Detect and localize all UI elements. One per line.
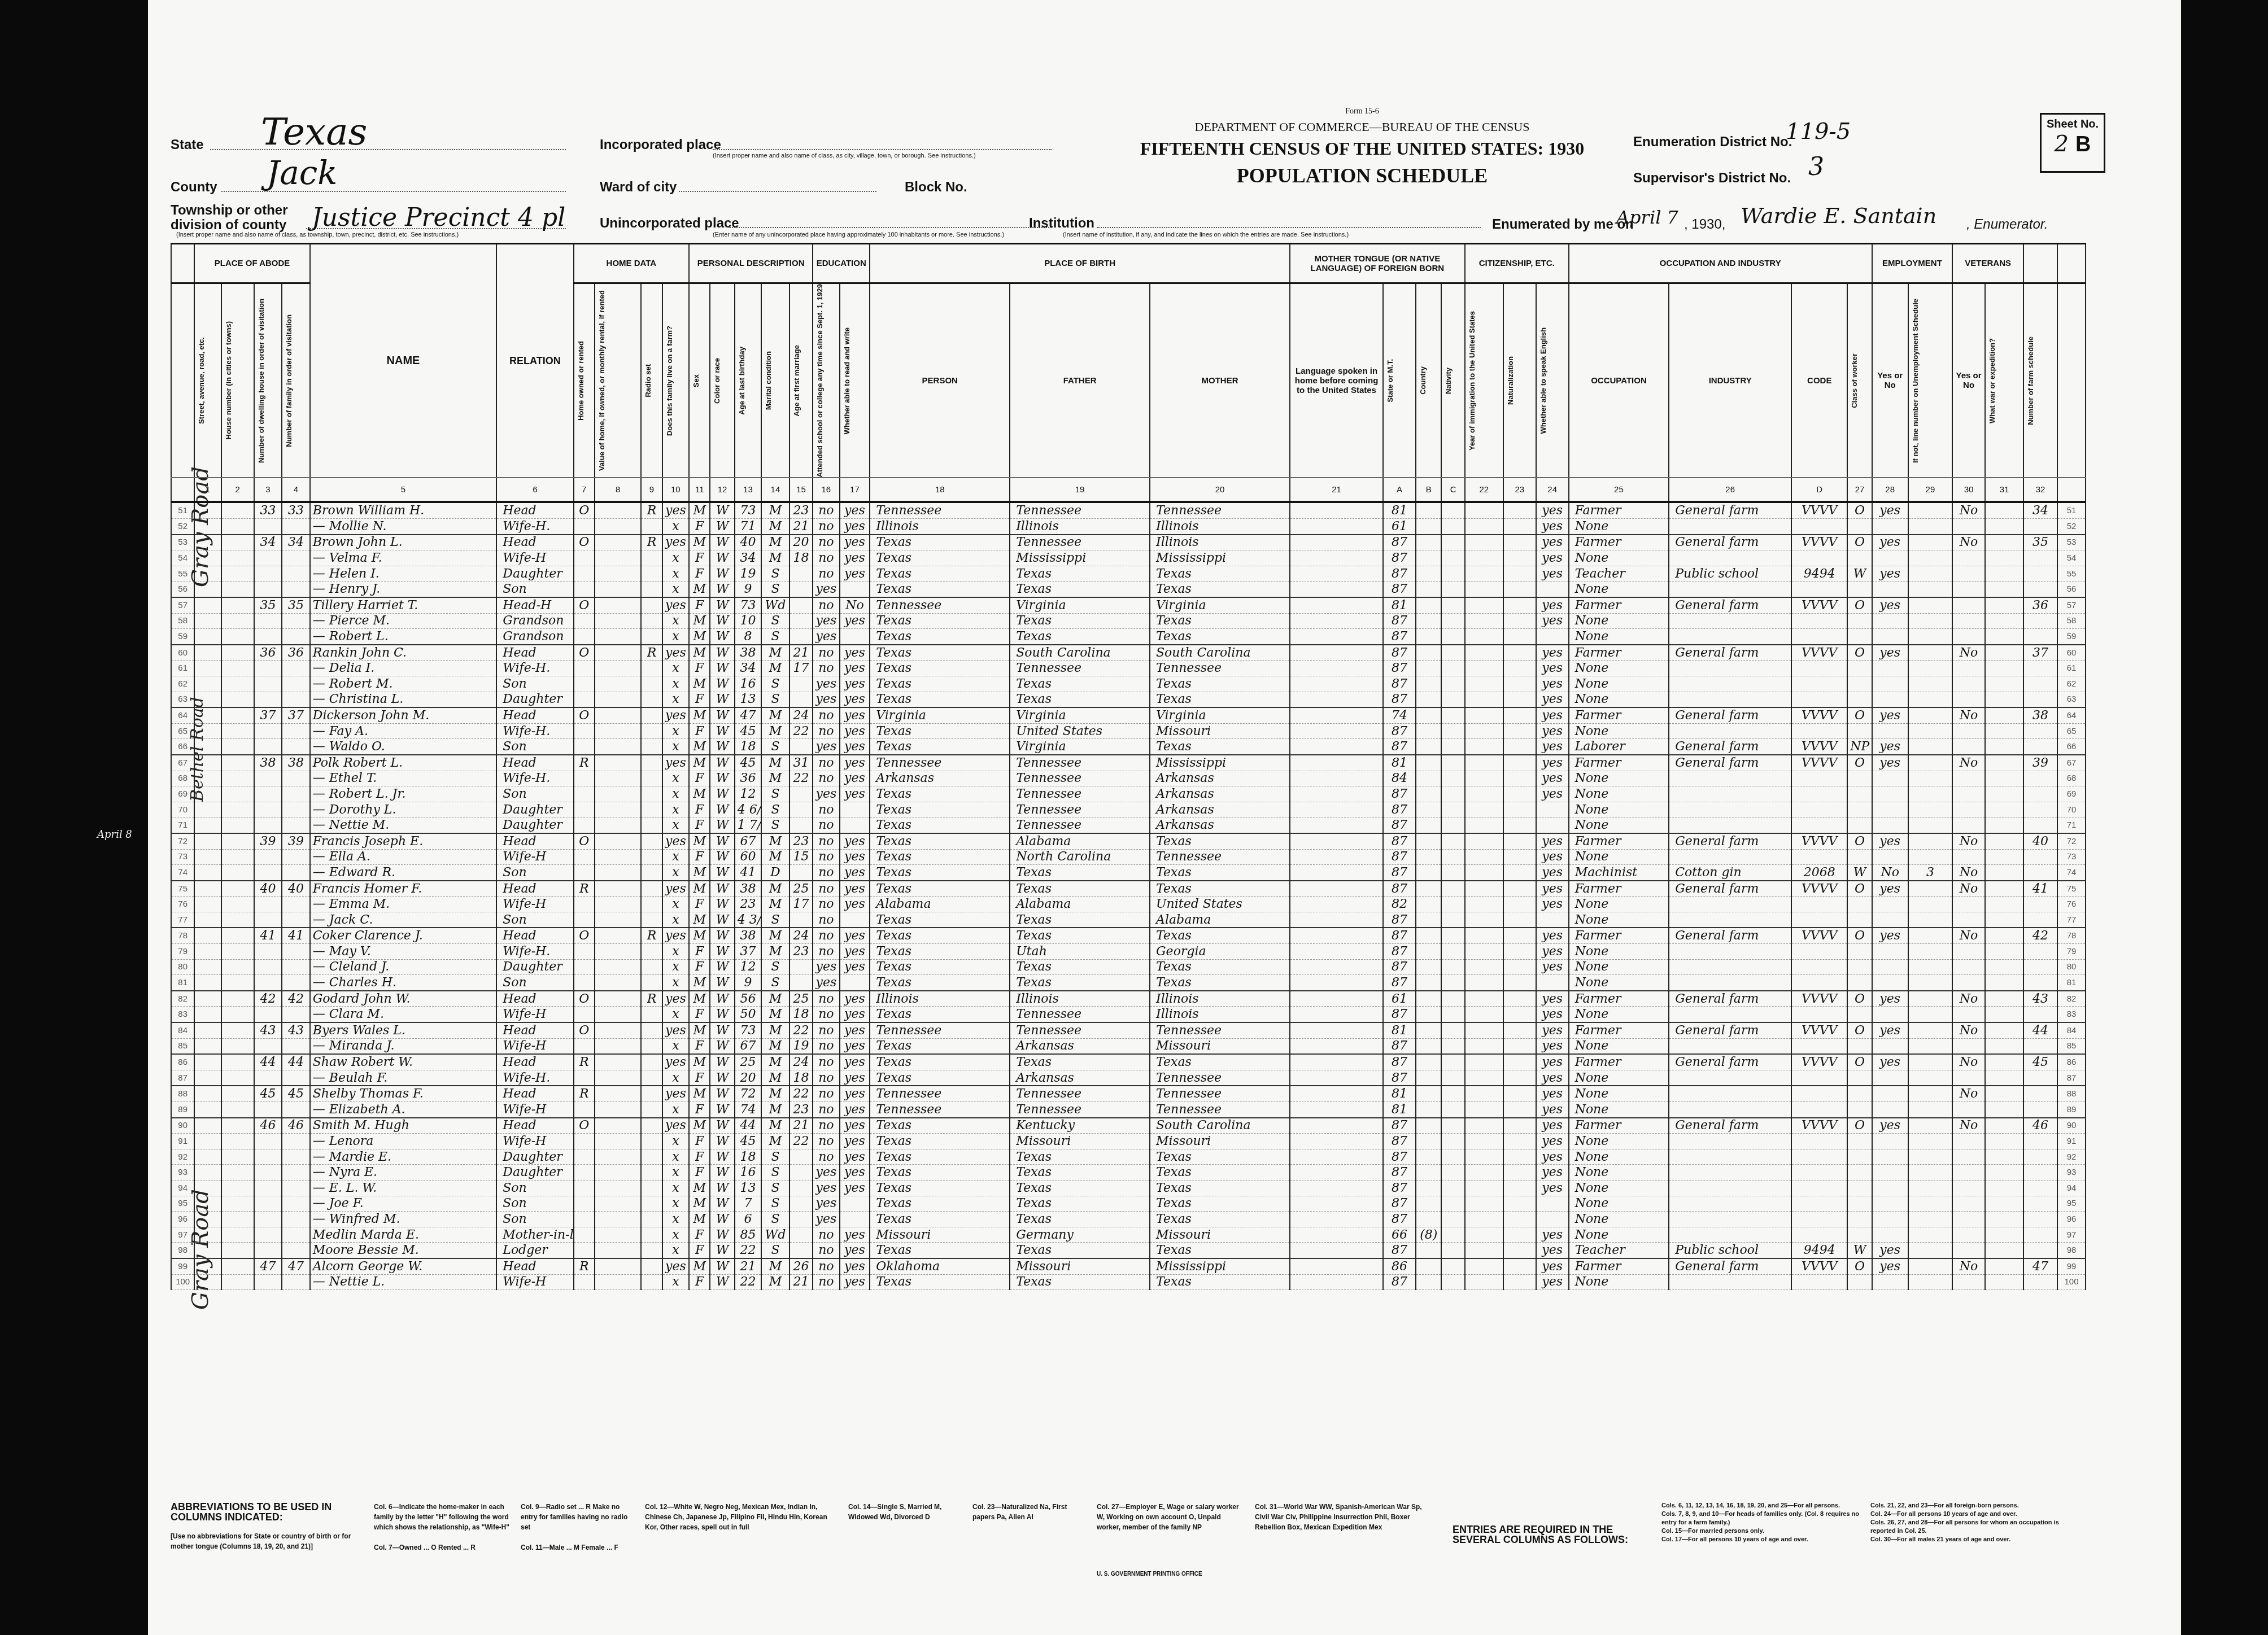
cell-marital: M: [761, 1274, 790, 1290]
cell-owned: O: [574, 928, 595, 943]
cell-relation: Wife-H: [496, 1038, 573, 1054]
cell-family: [282, 1274, 310, 1290]
cell-family: [282, 1165, 310, 1181]
cell-farm-sched: [2023, 1180, 2057, 1196]
cell-age-marr: [790, 739, 813, 755]
cell-bp-f: Tennessee: [1010, 802, 1150, 817]
cell-bp: Texas: [870, 928, 1010, 943]
cell-age-marr: [790, 1180, 813, 1196]
cell-dwelling: [254, 912, 282, 928]
cell-farm: x: [662, 692, 690, 707]
cell-farm-sched: 35: [2023, 535, 2057, 550]
cell-unemp-line: [1908, 1227, 1952, 1243]
person-name: Smith M. Hugh: [310, 1118, 497, 1134]
cell-unemp-line: [1908, 1134, 1952, 1149]
cell-bp-m: Georgia: [1150, 944, 1290, 960]
cell-english: yes: [1536, 1038, 1569, 1054]
cell-age-marr: 21: [790, 519, 813, 535]
cell-bp-m: Missouri: [1150, 723, 1290, 739]
cell-marital: S: [761, 817, 790, 833]
sheet-label: Sheet No.: [2042, 118, 2104, 131]
line-number: 83: [2057, 1007, 2086, 1022]
cell-work: [1872, 613, 1908, 629]
cell-code-b: [1416, 755, 1441, 771]
cell-family: [282, 817, 310, 833]
cell-relation: Head: [496, 1258, 573, 1274]
cell-race: W: [710, 645, 734, 661]
cell-farm-sched: 43: [2023, 991, 2057, 1007]
cell-school: no: [813, 502, 840, 518]
cell-bp: Texas: [870, 629, 1010, 645]
cell-ind: Public school: [1669, 1243, 1791, 1258]
cell-occ: None: [1569, 771, 1669, 786]
cell-family: [282, 786, 310, 802]
cell-dwelling: [254, 959, 282, 975]
cell-race: W: [710, 582, 734, 597]
table-row: 904646Smith M. HughHeadOyesMW44M21noyesT…: [171, 1118, 2086, 1134]
cell-bp-f: Texas: [1010, 582, 1150, 597]
cell-ind: General farm: [1669, 1258, 1791, 1274]
cell-occ: None: [1569, 817, 1669, 833]
cell-code-d: [1791, 1227, 1847, 1243]
line-number: 53: [2057, 535, 2086, 550]
line-number: 62: [171, 676, 194, 692]
cell-code-d: [1791, 849, 1847, 865]
cell-farm: x: [662, 802, 690, 817]
cell-dwelling: [254, 1212, 282, 1227]
person-name: — Ethel T.: [310, 771, 497, 786]
cell-code-b: [1416, 566, 1441, 582]
cell-bp: Texas: [870, 833, 1010, 849]
cell-age: 40: [735, 535, 762, 550]
cell-family: [282, 912, 310, 928]
cell-unemp-line: [1908, 755, 1952, 771]
cell-farm-sched: [2023, 661, 2057, 676]
cell-dwelling: [254, 692, 282, 707]
cell-sex: F: [689, 723, 710, 739]
cell-unemp-line: [1908, 661, 1952, 676]
cell-race: W: [710, 519, 734, 535]
cell-radio: [641, 1196, 662, 1212]
person-name: — Beulah F.: [310, 1070, 497, 1086]
cell-bp-f: Texas: [1010, 881, 1150, 897]
cell-vet: [1952, 1149, 1985, 1165]
cell-family: [282, 519, 310, 535]
cell-bp-m: Illinois: [1150, 535, 1290, 550]
cell-marital: S: [761, 1196, 790, 1212]
cell-age-marr: 22: [790, 771, 813, 786]
cell-unemp-line: [1908, 597, 1952, 613]
cell-age: 56: [735, 991, 762, 1007]
cell-vet: No: [1952, 1054, 1985, 1070]
cell-bp: Texas: [870, 786, 1010, 802]
cell-marital: M: [761, 661, 790, 676]
line-number: 77: [171, 912, 194, 928]
cell-class: O: [1847, 645, 1872, 661]
cell-ind: [1669, 519, 1791, 535]
cell-class: NP: [1847, 739, 1872, 755]
person-name: — Nyra E.: [310, 1165, 497, 1181]
cell-marital: Wd: [761, 1227, 790, 1243]
cell-english: yes: [1536, 1180, 1569, 1196]
cell-race: W: [710, 502, 734, 518]
cell-owned: [574, 1274, 595, 1290]
cell-occ: None: [1569, 519, 1669, 535]
cell-read: yes: [840, 535, 870, 550]
cell-farm-sched: 45: [2023, 1054, 2057, 1070]
cell-marital: M: [761, 1118, 790, 1134]
cell-family: [282, 1134, 310, 1149]
col27-abbr: Col. 27—Employer E, Wage or salary worke…: [1097, 1502, 1244, 1532]
cell-race: W: [710, 535, 734, 550]
cell-age: 73: [735, 502, 762, 518]
cell-unemp-line: [1908, 817, 1952, 833]
cell-age-marr: 22: [790, 1022, 813, 1038]
cell-dwelling: [254, 550, 282, 566]
cell-dwelling: 38: [254, 755, 282, 771]
cell-marital: M: [761, 1102, 790, 1118]
cell-school: no: [813, 771, 840, 786]
cell-bp-f: Illinois: [1010, 519, 1150, 535]
cell-owned: [574, 802, 595, 817]
col-13-label: Age at last birthday: [738, 347, 746, 415]
cell-race: W: [710, 550, 734, 566]
person-name: — Christina L.: [310, 692, 497, 707]
cell-code-b: [1416, 975, 1441, 991]
cell-sex: M: [689, 1118, 710, 1134]
cell-farm: x: [662, 1134, 690, 1149]
cell-farm: x: [662, 519, 690, 535]
cell-read: yes: [840, 739, 870, 755]
cell-occ: None: [1569, 550, 1669, 566]
cell-ind: [1669, 1007, 1791, 1022]
cell-read: [840, 1196, 870, 1212]
sheet-value: 2: [2055, 131, 2069, 157]
cell-code-d: [1791, 613, 1847, 629]
cell-sex: F: [689, 1007, 710, 1022]
cell-bp: Texas: [870, 613, 1010, 629]
person-name: Godard John W.: [310, 991, 497, 1007]
cell-dwelling: [254, 897, 282, 912]
cell-age: 21: [735, 1258, 762, 1274]
person-name: — Lenora: [310, 1134, 497, 1149]
cell-class: [1847, 1086, 1872, 1101]
cell-school: no: [813, 1007, 840, 1022]
cell-age: 18: [735, 739, 762, 755]
cell-dwelling: [254, 975, 282, 991]
cell-vet: No: [1952, 865, 1985, 881]
cell-marital: S: [761, 676, 790, 692]
cell-school: no: [813, 1227, 840, 1243]
cell-family: [282, 1212, 310, 1227]
cell-code-d: VVVV: [1791, 833, 1847, 849]
line-number: 75: [171, 881, 194, 897]
cell-english: yes: [1536, 1070, 1569, 1086]
cell-family: [282, 1007, 310, 1022]
col31-abbr: Col. 31—World War WW, Spanish-American W…: [1255, 1502, 1424, 1532]
line-number: 78: [171, 928, 194, 943]
cell-vet: [1952, 1007, 1985, 1022]
cell-bp: Texas: [870, 550, 1010, 566]
cell-code-b: [1416, 1243, 1441, 1258]
cell-code-b: [1416, 519, 1441, 535]
cell-farm-sched: [2023, 1007, 2057, 1022]
person-name: Francis Joseph E.: [310, 833, 497, 849]
cell-bp-f: Texas: [1010, 1165, 1150, 1181]
cell-age: 12: [735, 786, 762, 802]
cell-family: 33: [282, 502, 310, 518]
cell-occ: None: [1569, 676, 1669, 692]
incorporated-label: Incorporated place: [600, 137, 721, 153]
cell-bp: Arkansas: [870, 771, 1010, 786]
line-number: 92: [2057, 1149, 2086, 1165]
cell-farm: x: [662, 944, 690, 960]
cell-age: 12: [735, 959, 762, 975]
cell-relation: Wife-H: [496, 550, 573, 566]
cell-family: [282, 897, 310, 912]
line-number: 84: [171, 1022, 194, 1038]
table-row: 91— LenoraWife-HxFW45M22noyesTexasMissou…: [171, 1134, 2086, 1149]
cell-ind: General farm: [1669, 739, 1791, 755]
cell-farm-sched: [2023, 629, 2057, 645]
cell-code-a: 87: [1383, 739, 1416, 755]
cell-radio: [641, 723, 662, 739]
cell-sex: M: [689, 739, 710, 755]
line-number: 89: [2057, 1102, 2086, 1118]
cell-farm: x: [662, 1274, 690, 1290]
cell-bp: Texas: [870, 1196, 1010, 1212]
cell-dwelling: 47: [254, 1258, 282, 1274]
enumerated-year: , 1930,: [1684, 217, 1725, 233]
cell-code-a: 81: [1383, 1086, 1416, 1101]
census-sheet: State Texas County Jack Township or othe…: [148, 0, 2181, 1635]
cell-read: yes: [840, 1086, 870, 1101]
unincorporated-hint: (Enter name of any unincorporated place …: [713, 231, 1004, 238]
cell-work: [1872, 1180, 1908, 1196]
population-table: PLACE OF ABODE NAME RELATION HOME DATA P…: [171, 243, 2086, 1290]
person-name: — Charles H.: [310, 975, 497, 991]
line-number: 98: [2057, 1243, 2086, 1258]
cell-radio: [641, 1038, 662, 1054]
enumerated-date: April 7: [1616, 207, 1678, 228]
citizenship-header: CITIZENSHIP, ETC.: [1465, 244, 1569, 283]
table-row: 824242Godard John W.HeadORyesMW56M25noye…: [171, 991, 2086, 1007]
cell-code-d: VVVV: [1791, 1054, 1847, 1070]
cell-relation: Son: [496, 786, 573, 802]
cell-vet: [1952, 959, 1985, 975]
cell-marital: M: [761, 771, 790, 786]
cell-age: 9: [735, 582, 762, 597]
cell-marital: M: [761, 723, 790, 739]
cell-english: yes: [1536, 1274, 1569, 1290]
cell-farm: x: [662, 1243, 690, 1258]
cell-sex: M: [689, 676, 710, 692]
cell-radio: [641, 1070, 662, 1086]
cell-family: [282, 1038, 310, 1054]
cell-bp-f: Texas: [1010, 1212, 1150, 1227]
cell-bp-f: Texas: [1010, 676, 1150, 692]
cell-dwelling: 45: [254, 1086, 282, 1101]
entries-right: Cols. 21, 22, and 23—For all foreign-bor…: [1870, 1502, 2085, 1544]
cell-code-a: 84: [1383, 771, 1416, 786]
cell-code-b: [1416, 1038, 1441, 1054]
cell-radio: [641, 613, 662, 629]
cell-farm-sched: [2023, 723, 2057, 739]
cell-vet: [1952, 629, 1985, 645]
person-name: — Cleland J.: [310, 959, 497, 975]
cell-sex: M: [689, 865, 710, 881]
cell-farm: x: [662, 1070, 690, 1086]
cell-bp-m: South Carolina: [1150, 645, 1290, 661]
cell-read: yes: [840, 676, 870, 692]
cell-code-b: (8): [1416, 1227, 1441, 1243]
cell-english: [1536, 817, 1569, 833]
cell-bp: Tennessee: [870, 597, 1010, 613]
cell-radio: [641, 1165, 662, 1181]
cell-bp-m: Texas: [1150, 928, 1290, 943]
cell-work: [1872, 786, 1908, 802]
cell-family: [282, 802, 310, 817]
cell-age-marr: [790, 1212, 813, 1227]
cell-race: W: [710, 1274, 734, 1290]
cell-code-a: 87: [1383, 786, 1416, 802]
cell-farm-sched: [2023, 1070, 2057, 1086]
cell-english: [1536, 802, 1569, 817]
cell-vet: [1952, 1070, 1985, 1086]
cell-class: [1847, 1007, 1872, 1022]
cell-occ: None: [1569, 692, 1669, 707]
cell-unemp-line: [1908, 739, 1952, 755]
entries-left: Cols. 6, 11, 12, 13, 14, 16, 18, 19, 20,…: [1661, 1502, 1865, 1544]
cell-code-a: 81: [1383, 755, 1416, 771]
col-14-label: Marital condition: [764, 351, 773, 410]
cell-farm-sched: [2023, 849, 2057, 865]
cell-code-a: 87: [1383, 928, 1416, 943]
personal-header: PERSONAL DESCRIPTION: [689, 244, 813, 283]
cell-bp-f: United States: [1010, 723, 1150, 739]
cell-sex: F: [689, 802, 710, 817]
cell-read: [840, 975, 870, 991]
cell-farm-sched: [2023, 1149, 2057, 1165]
cell-bp-m: Texas: [1150, 613, 1290, 629]
table-row: 54— Velma F.Wife-HxFW34M18noyesTexasMiss…: [171, 550, 2086, 566]
cell-english: yes: [1536, 1243, 1569, 1258]
cell-relation: Wife-H: [496, 897, 573, 912]
cell-ind: [1669, 1086, 1791, 1101]
cell-read: [840, 817, 870, 833]
cell-bp: Texas: [870, 1165, 1010, 1181]
cell-marital: M: [761, 833, 790, 849]
cell-marital: D: [761, 865, 790, 881]
cell-farm: x: [662, 550, 690, 566]
cell-bp-m: Texas: [1150, 676, 1290, 692]
cell-unemp-line: 3: [1908, 865, 1952, 881]
cell-code-d: [1791, 1196, 1847, 1212]
cell-school: yes: [813, 1180, 840, 1196]
cell-vet: [1952, 897, 1985, 912]
cell-english: yes: [1536, 1258, 1569, 1274]
cell-read: yes: [840, 1274, 870, 1290]
cell-bp-m: Texas: [1150, 629, 1290, 645]
cell-occ: None: [1569, 944, 1669, 960]
cell-code-a: 81: [1383, 597, 1416, 613]
cell-radio: [641, 817, 662, 833]
cell-unemp-line: [1908, 975, 1952, 991]
cell-code-a: 87: [1383, 550, 1416, 566]
cell-family: [282, 661, 310, 676]
cell-code-a: 61: [1383, 991, 1416, 1007]
cell-bp: Texas: [870, 959, 1010, 975]
cell-farm: yes: [662, 833, 690, 849]
cell-dwelling: [254, 723, 282, 739]
cell-unemp-line: [1908, 566, 1952, 582]
cell-age: 50: [735, 1007, 762, 1022]
line-number: 86: [2057, 1054, 2086, 1070]
form-number: Form 15-6: [1108, 107, 1616, 116]
cell-code-a: 87: [1383, 1070, 1416, 1086]
cell-marital: S: [761, 692, 790, 707]
cell-sex: M: [689, 1196, 710, 1212]
cell-school: no: [813, 707, 840, 723]
cell-bp-f: Utah: [1010, 944, 1150, 960]
cell-class: [1847, 519, 1872, 535]
cell-radio: [641, 1212, 662, 1227]
cell-owned: [574, 817, 595, 833]
table-row: 76— Emma M.Wife-HxFW23M17noyesAlabamaAla…: [171, 897, 2086, 912]
cell-age: 20: [735, 1070, 762, 1086]
cell-ind: General farm: [1669, 881, 1791, 897]
cell-occ: Farmer: [1569, 1118, 1669, 1134]
cell-unemp-line: [1908, 1274, 1952, 1290]
cell-school: yes: [813, 739, 840, 755]
cell-marital: S: [761, 629, 790, 645]
cell-ind: [1669, 1070, 1791, 1086]
col-b-label: Country: [1419, 366, 1427, 395]
cell-radio: R: [641, 928, 662, 943]
cell-race: W: [710, 881, 734, 897]
cell-race: W: [710, 1054, 734, 1070]
cell-school: no: [813, 566, 840, 582]
cell-relation: Son: [496, 676, 573, 692]
table-row: 79— May V.Wife-H.xFW37M23noyesTexasUtahG…: [171, 944, 2086, 960]
cell-owned: O: [574, 833, 595, 849]
cell-english: yes: [1536, 897, 1569, 912]
table-row: 97Medlin Marda E.Mother-in-lawxFW85Wdnoy…: [171, 1227, 2086, 1243]
cell-class: [1847, 817, 1872, 833]
cell-sex: F: [689, 661, 710, 676]
table-row: 85— Miranda J.Wife-HxFW67M19noyesTexasAr…: [171, 1038, 2086, 1054]
cell-race: W: [710, 1165, 734, 1181]
cell-bp: Texas: [870, 1149, 1010, 1165]
cell-bp-f: Texas: [1010, 1274, 1150, 1290]
cell-work: [1872, 959, 1908, 975]
cell-sex: M: [689, 881, 710, 897]
abode-header: PLACE OF ABODE: [194, 244, 309, 283]
cell-class: O: [1847, 502, 1872, 518]
cell-occ: Farmer: [1569, 833, 1669, 849]
cell-marital: M: [761, 1022, 790, 1038]
person-name: — Pierce M.: [310, 613, 497, 629]
cell-vet: [1952, 944, 1985, 960]
cell-work: yes: [1872, 881, 1908, 897]
cell-vet: [1952, 1243, 1985, 1258]
cell-marital: S: [761, 1149, 790, 1165]
cell-bp-f: Tennessee: [1010, 535, 1150, 550]
cell-read: yes: [840, 865, 870, 881]
cell-age-marr: [790, 786, 813, 802]
cell-race: W: [710, 817, 734, 833]
cell-code-a: 87: [1383, 817, 1416, 833]
